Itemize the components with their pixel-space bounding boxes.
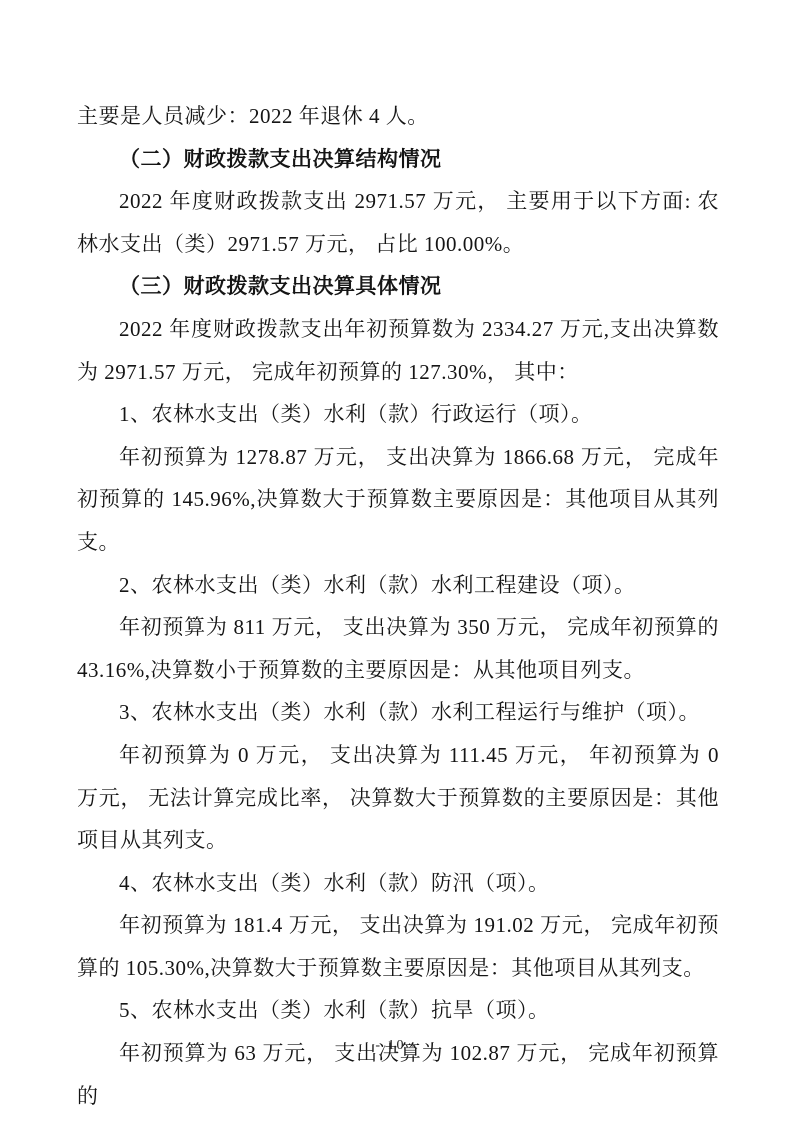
paragraph: 年初预算为 181.4 万元， 支出决算为 191.02 万元， 完成年初预算的… (77, 904, 719, 989)
section-heading-3: （三）财政拨款支出决算具体情况 (77, 265, 719, 308)
paragraph: 2022 年度财政拨款支出 2971.57 万元， 主要用于以下方面: 农林水支… (77, 180, 719, 265)
paragraph: 2022 年度财政拨款支出年初预算数为 2334.27 万元,支出决算数为 29… (77, 308, 719, 393)
document-page: 主要是人员减少：2022 年退休 4 人。 （二）财政拨款支出决算结构情况 20… (0, 0, 793, 1122)
section-heading-2: （二）财政拨款支出决算结构情况 (77, 138, 719, 181)
list-item-5: 5、农林水支出（类）水利（款）抗旱（项）。 (77, 989, 719, 1032)
document-body: 主要是人员减少：2022 年退休 4 人。 （二）财政拨款支出决算结构情况 20… (77, 95, 719, 1117)
list-item-4: 4、农林水支出（类）水利（款）防汛（项）。 (77, 862, 719, 905)
paragraph-continuation: 主要是人员减少：2022 年退休 4 人。 (77, 95, 719, 138)
list-item-2: 2、农林水支出（类）水利（款）水利工程建设（项）。 (77, 564, 719, 607)
list-item-3: 3、农林水支出（类）水利（款）水利工程运行与维护（项）。 (77, 691, 719, 734)
paragraph: 年初预算为 1278.87 万元， 支出决算为 1866.68 万元， 完成年初… (77, 436, 719, 564)
paragraph: 年初预算为 811 万元， 支出决算为 350 万元， 完成年初预算的 43.1… (77, 606, 719, 691)
page-number: - 10 - (0, 1038, 793, 1054)
list-item-1: 1、农林水支出（类）水利（款）行政运行（项）。 (77, 393, 719, 436)
paragraph: 年初预算为 0 万元， 支出决算为 111.45 万元， 年初预算为 0 万元，… (77, 734, 719, 862)
